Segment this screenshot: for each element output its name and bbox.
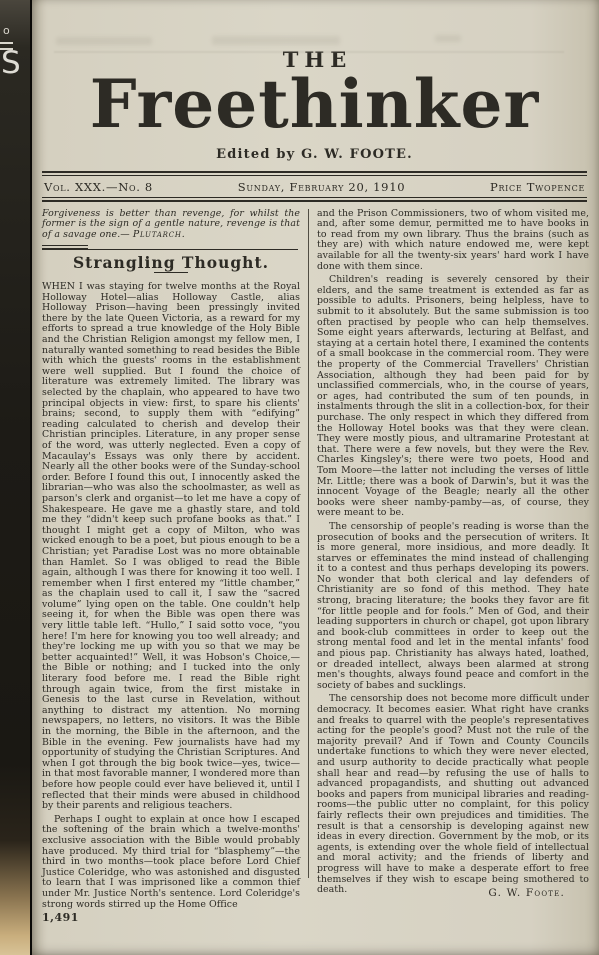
- volume-number: Vol. XXX.—No. 8: [44, 180, 153, 194]
- section-separator: [42, 245, 300, 251]
- article-columns: Forgiveness is better than revenge, for …: [30, 202, 599, 924]
- adjacent-page-fragment-o: o: [3, 24, 10, 37]
- scanned-page: o S THE Freethinker Edited by G. W. FOOT…: [0, 0, 599, 955]
- issue-date: Sunday, February 20, 1910: [238, 180, 406, 194]
- bleedthrough-rule: [54, 51, 564, 53]
- adjacent-page-edge: o S: [0, 0, 32, 955]
- article-signature: G. W. Foote.: [317, 888, 589, 899]
- left-column: Forgiveness is better than revenge, for …: [42, 209, 308, 924]
- issue-price: Price Twopence: [490, 180, 585, 194]
- bleedthrough-smudge: [56, 37, 152, 45]
- article-paragraph: WHEN I was staying for twelve months at …: [42, 282, 300, 812]
- article-paragraph: Perhaps I ought to explain at once how I…: [42, 815, 300, 910]
- adjacent-page-fragment-s: S: [1, 48, 21, 79]
- article-paragraph: The censorship does not become more diff…: [317, 694, 589, 895]
- article-title: Strangling Thought.: [42, 258, 300, 269]
- masthead-title: Freethinker: [30, 73, 599, 136]
- page-number: 1,491: [42, 913, 300, 924]
- issue-line: Vol. XXX.—No. 8 Sunday, February 20, 191…: [30, 176, 599, 197]
- masthead-byline: Edited by G. W. FOOTE.: [30, 147, 599, 162]
- epigraph-attribution: Plutarch.: [133, 229, 186, 240]
- article-paragraph: and the Prison Commissioners, two of who…: [317, 209, 589, 273]
- masthead: THE Freethinker Edited by G. W. FOOTE.: [30, 0, 599, 162]
- newspaper-page: THE Freethinker Edited by G. W. FOOTE. V…: [30, 0, 599, 955]
- article-paragraph: Children's reading is severely censored …: [317, 275, 589, 519]
- title-flourish: [154, 272, 188, 275]
- bleedthrough-smudge: [212, 36, 340, 45]
- epigraph: Forgiveness is better than revenge, for …: [42, 209, 300, 241]
- right-column: and the Prison Commissioners, two of who…: [309, 209, 589, 924]
- article-paragraph: The censorship of people's reading is wo…: [317, 522, 589, 692]
- bleedthrough-smudge: [435, 35, 461, 42]
